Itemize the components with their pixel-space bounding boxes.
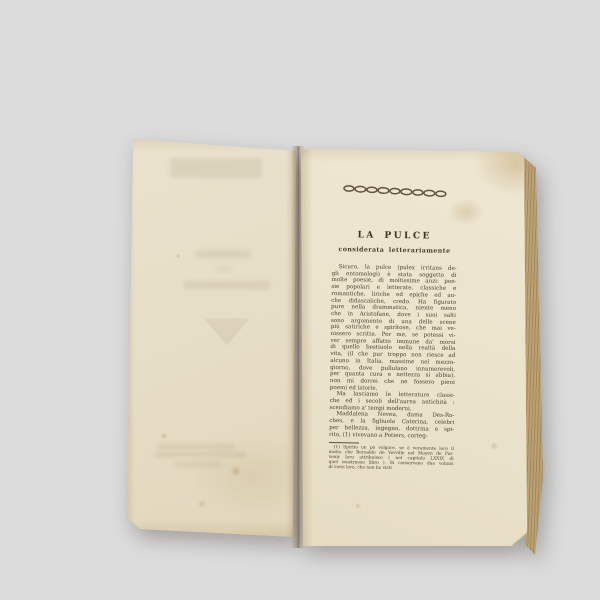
right-leaf-surface: LA PULCE considerata letterariamente Sic… [298,146,544,560]
dog-ear-fold [127,515,141,530]
showthrough-title-ghost [170,158,262,178]
open-book: LA PULCE considerata letterariamente Sic… [0,0,600,600]
photo-of-open-book: LA PULCE considerata letterariamente Sic… [0,0,600,600]
showthrough-footnote-ghost [154,452,246,457]
showthrough-line-ghost [196,250,250,258]
showthrough-line-ghost [184,281,270,289]
chapter-title: LA PULCE [332,230,457,242]
page-content: LA PULCE considerata letterariamente Sic… [329,184,458,472]
footnote-separator [329,442,359,443]
footnote: (1) Spirito un pò volgare, se è verament… [329,445,454,472]
dog-ear-fold [510,531,528,547]
left-page [126,136,298,540]
right-page: LA PULCE considerata letterariamente Sic… [298,146,544,560]
chapter-subtitle: considerata letterariamente [332,246,457,255]
body-text: Sicuro, la pulce (pulex irritans de-gli … [329,264,457,440]
showthrough-ornament-ghost [204,318,250,346]
showthrough-footnote-ghost [158,444,234,449]
showthrough-line-ghost [216,266,232,271]
showthrough-footnote-ghost [174,462,222,467]
chain-links-ornament-icon [342,183,448,199]
